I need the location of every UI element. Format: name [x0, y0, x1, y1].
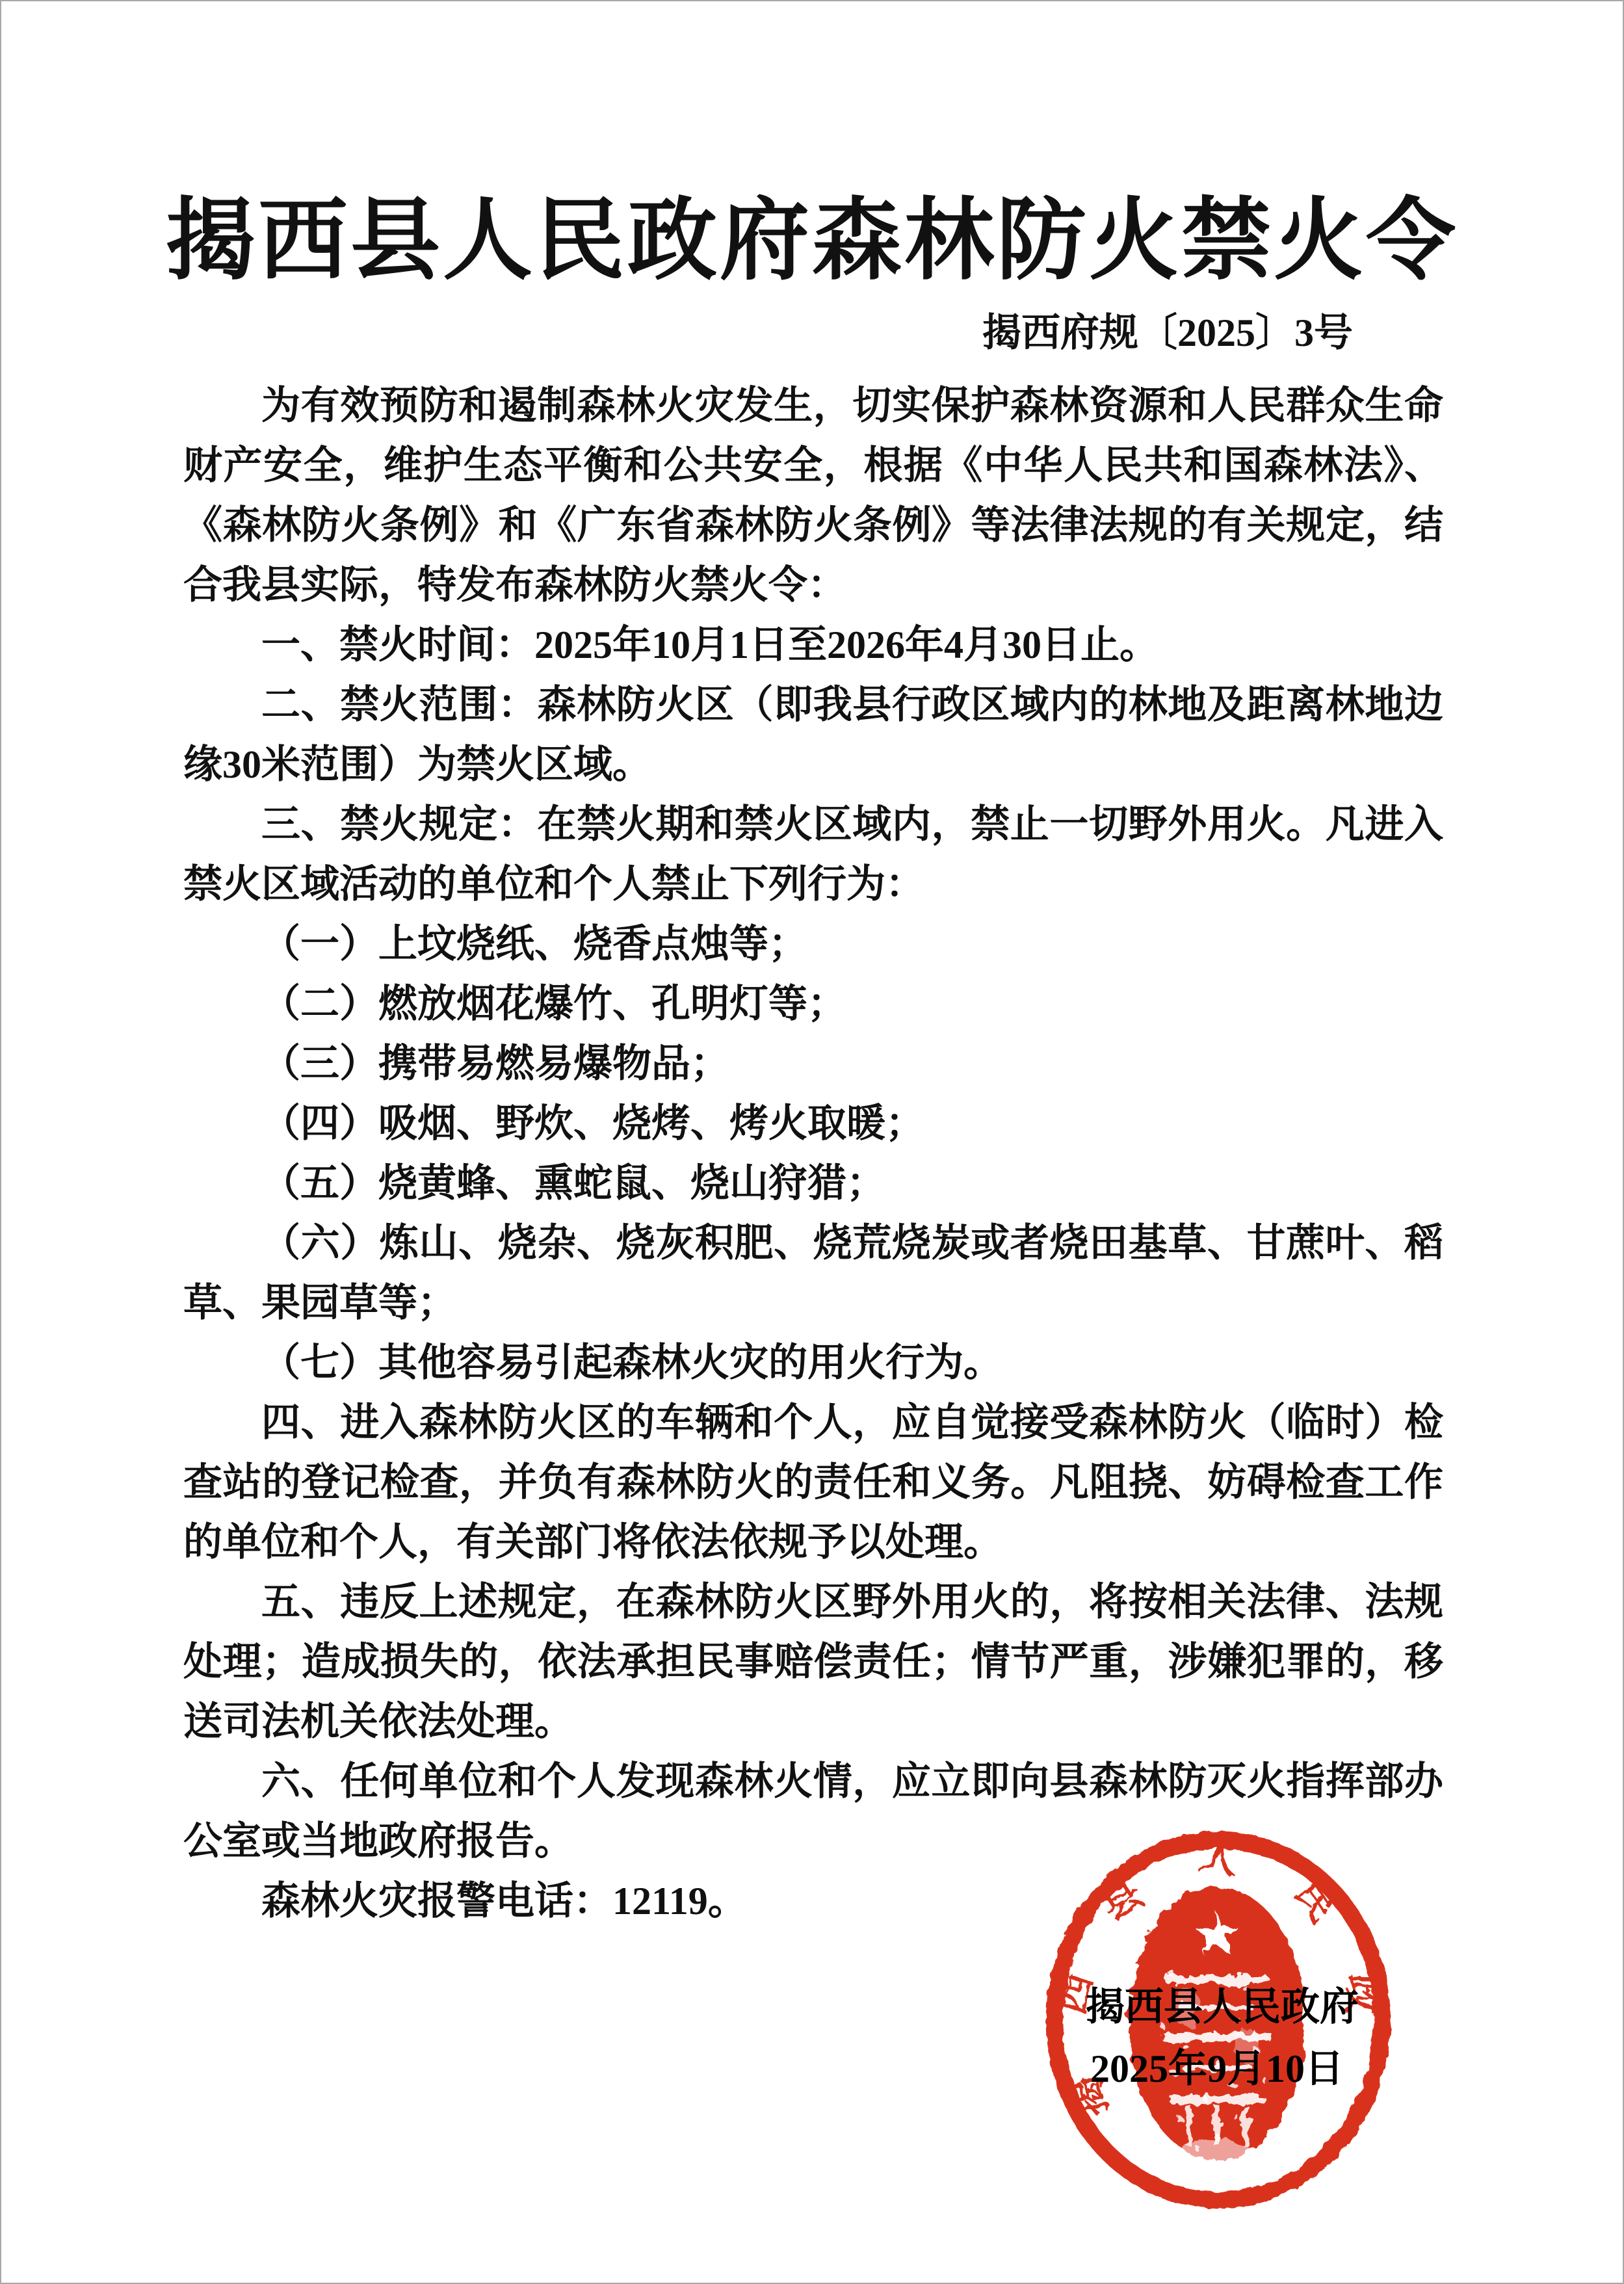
- body-paragraph: 四、进入森林防火区的车辆和个人，应自觉接受森林防火（临时）检查站的登记检查，并负…: [183, 1393, 1443, 1572]
- body-paragraph: 五、违反上述规定，在森林防火区野外用火的，将按相关法律、法规处理；造成损失的，依…: [183, 1572, 1443, 1752]
- body-paragraph: （六）炼山、烧杂、烧灰积肥、烧荒烧炭或者烧田基草、甘蔗叶、稻草、果园草等；: [183, 1213, 1443, 1333]
- signature-issuer: 揭西县人民政府: [1021, 1981, 1424, 2033]
- body-paragraph: 一、禁火时间：2025年10月1日至2026年4月30日止。: [183, 615, 1443, 675]
- body-paragraph: （五）烧黄蜂、熏蛇鼠、烧山狩猎；: [183, 1153, 1443, 1213]
- document-number: 揭西府规〔2025〕3号: [1, 307, 1623, 359]
- body-paragraph: 为有效预防和遏制森林火灾发生，切实保护森林资源和人民群众生命财产安全，维护生态平…: [183, 376, 1443, 615]
- body-paragraph: （三）携带易燃易爆物品；: [183, 1034, 1443, 1094]
- body-paragraph: 三、禁火规定：在禁火期和禁火区域内，禁止一切野外用火。凡进入禁火区域活动的单位和…: [183, 794, 1443, 914]
- document-page: 揭西县人民政府森林防火禁火令 揭西府规〔2025〕3号 为有效预防和遏制森林火灾…: [0, 0, 1624, 2284]
- body-paragraph: 二、禁火范围：森林防火区（即我县行政区域内的林地及距离林地边缘30米范围）为禁火…: [183, 675, 1443, 794]
- body-paragraph: （四）吸烟、野炊、烧烤、烤火取暖；: [183, 1094, 1443, 1153]
- signature-date: 2025年9月10日: [1015, 2043, 1419, 2095]
- page-title: 揭西县人民政府森林防火禁火令: [1, 185, 1623, 298]
- body-paragraph: （二）燃放烟花爆竹、孔明灯等；: [183, 974, 1443, 1034]
- body-paragraph: （七）其他容易引起森林火灾的用火行为。: [183, 1333, 1443, 1393]
- document-body: 为有效预防和遏制森林火灾发生，切实保护森林资源和人民群众生命财产安全，维护生态平…: [183, 376, 1443, 1931]
- body-paragraph: （一）上坟烧纸、烧香点烛等；: [183, 914, 1443, 974]
